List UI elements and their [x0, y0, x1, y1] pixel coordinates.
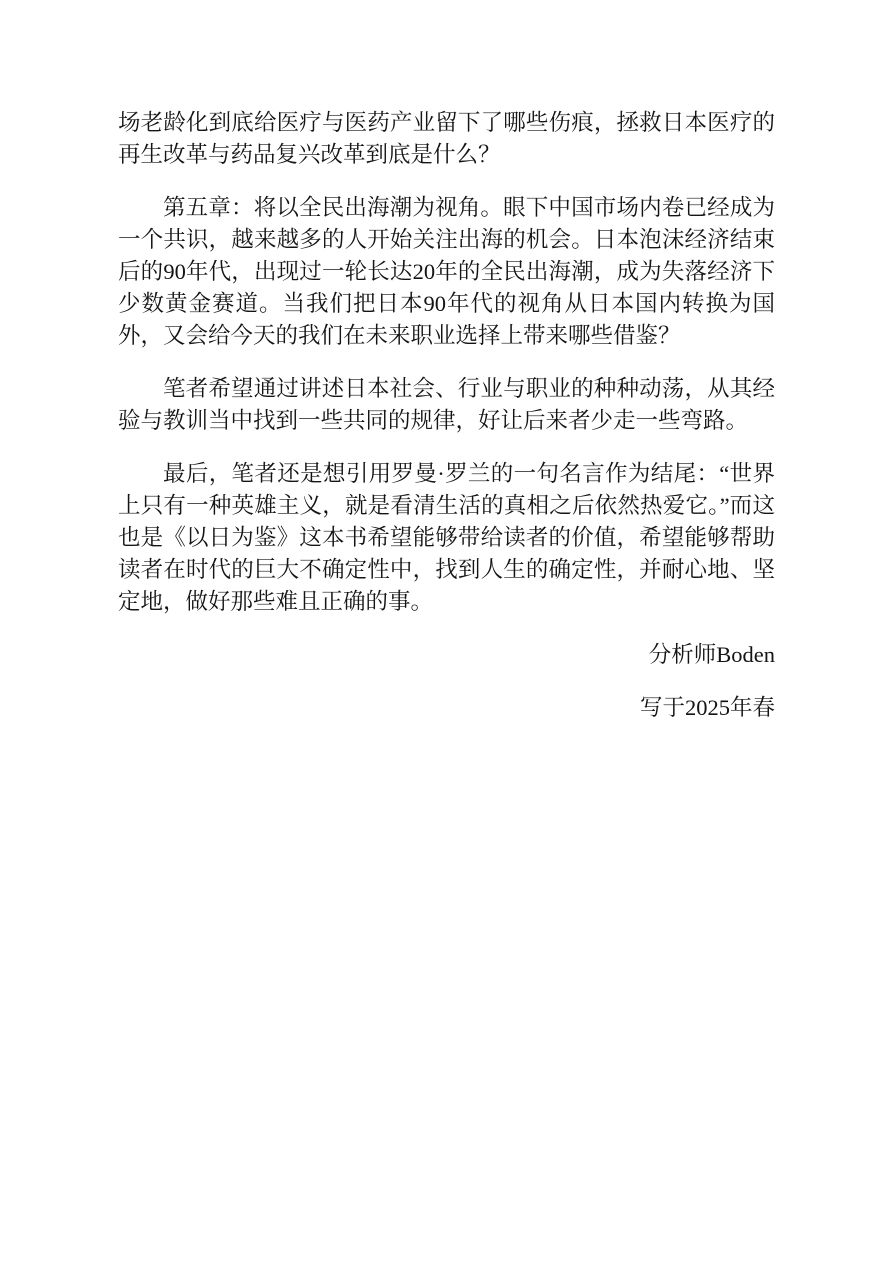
- chapter-five-paragraph: 第五章：将以全民出海潮为视角。眼下中国市场内卷已经成为一个共识，越来越多的人开始…: [118, 192, 775, 352]
- author-hope-paragraph: 笔者希望通过讲述日本社会、行业与职业的种种动荡，从其经验与教训当中找到一些共同的…: [118, 373, 775, 437]
- signature-author: 分析师Boden: [118, 639, 775, 671]
- closing-quote-paragraph: 最后，笔者还是想引用罗曼·罗兰的一句名言作为结尾：“世界上只有一种英雄主义，就是…: [118, 458, 775, 618]
- document-page: 场老龄化到底给医疗与医药产业留下了哪些伤痕，拯救日本医疗的再生改革与药品复兴改革…: [0, 0, 892, 1261]
- text-content: 场老龄化到底给医疗与医药产业留下了哪些伤痕，拯救日本医疗的再生改革与药品复兴改革…: [0, 0, 892, 724]
- signature-date: 写于2025年春: [118, 692, 775, 724]
- continuation-paragraph: 场老龄化到底给医疗与医药产业留下了哪些伤痕，拯救日本医疗的再生改革与药品复兴改革…: [118, 107, 775, 171]
